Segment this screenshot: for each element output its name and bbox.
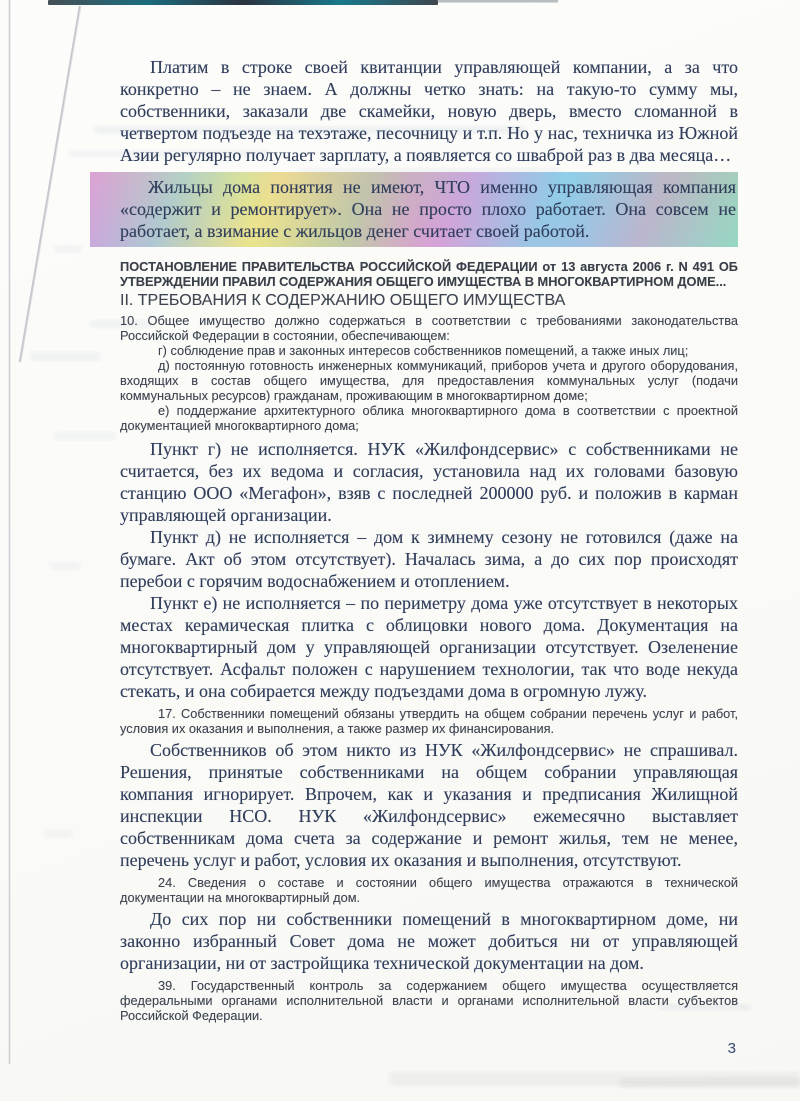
- bottom-smudge: [390, 1072, 800, 1086]
- decree-clause-17: 17. Собственники помещений обязаны утвер…: [120, 706, 738, 736]
- decree-clause-24: 24. Сведения о составе и состоянии общег…: [120, 875, 738, 905]
- scanner-edge-strip: [48, 0, 438, 5]
- decree-section-heading: II. ТРЕБОВАНИЯ К СОДЕРЖАНИЮ ОБЩЕГО ИМУЩЕ…: [120, 292, 738, 310]
- decree-clause-e: е) поддержание архитектурного облика мно…: [120, 403, 738, 433]
- document-text-column: Платим в строке своей квитанции управляю…: [120, 56, 738, 1026]
- rainbow-highlighted-paragraph: Жильцы дома понятия не имеют, ЧТО именно…: [90, 172, 738, 247]
- scanned-document-page: Платим в строке своей квитанции управляю…: [0, 0, 800, 1101]
- decree-title: ПОСТАНОВЛЕНИЕ ПРАВИТЕЛЬСТВА РОССИЙСКОЙ Ф…: [120, 259, 738, 289]
- comment-clause-g: Пункт г) не исполняется. НУК «Жилфондсер…: [120, 438, 738, 526]
- decree-clause-10: 10. Общее имущество должно содержаться в…: [120, 313, 738, 343]
- decree-clause-g: г) соблюдение прав и законных интересов …: [120, 343, 738, 358]
- decree-clause-d: д) постоянную готовность инженерных комм…: [120, 358, 738, 403]
- intro-paragraph: Платим в строке своей квитанции управляю…: [120, 56, 738, 166]
- decree-clause-39: 39. Государственный контроль за содержан…: [120, 978, 738, 1023]
- page-fold-crease: [20, 6, 80, 362]
- comment-clause-e: Пункт е) не исполняется – по периметру д…: [120, 592, 738, 702]
- decree-quote-block: ПОСТАНОВЛЕНИЕ ПРАВИТЕЛЬСТВА РОССИЙСКОЙ Ф…: [120, 259, 738, 433]
- comment-clause-17: Собственников об этом никто из НУК «Жилф…: [120, 739, 738, 871]
- page-number: 3: [728, 1040, 736, 1057]
- comment-clause-24: До сих пор ни собственники помещений в м…: [120, 908, 738, 974]
- comment-clause-d: Пункт д) не исполняется – дом к зимнему …: [120, 526, 738, 592]
